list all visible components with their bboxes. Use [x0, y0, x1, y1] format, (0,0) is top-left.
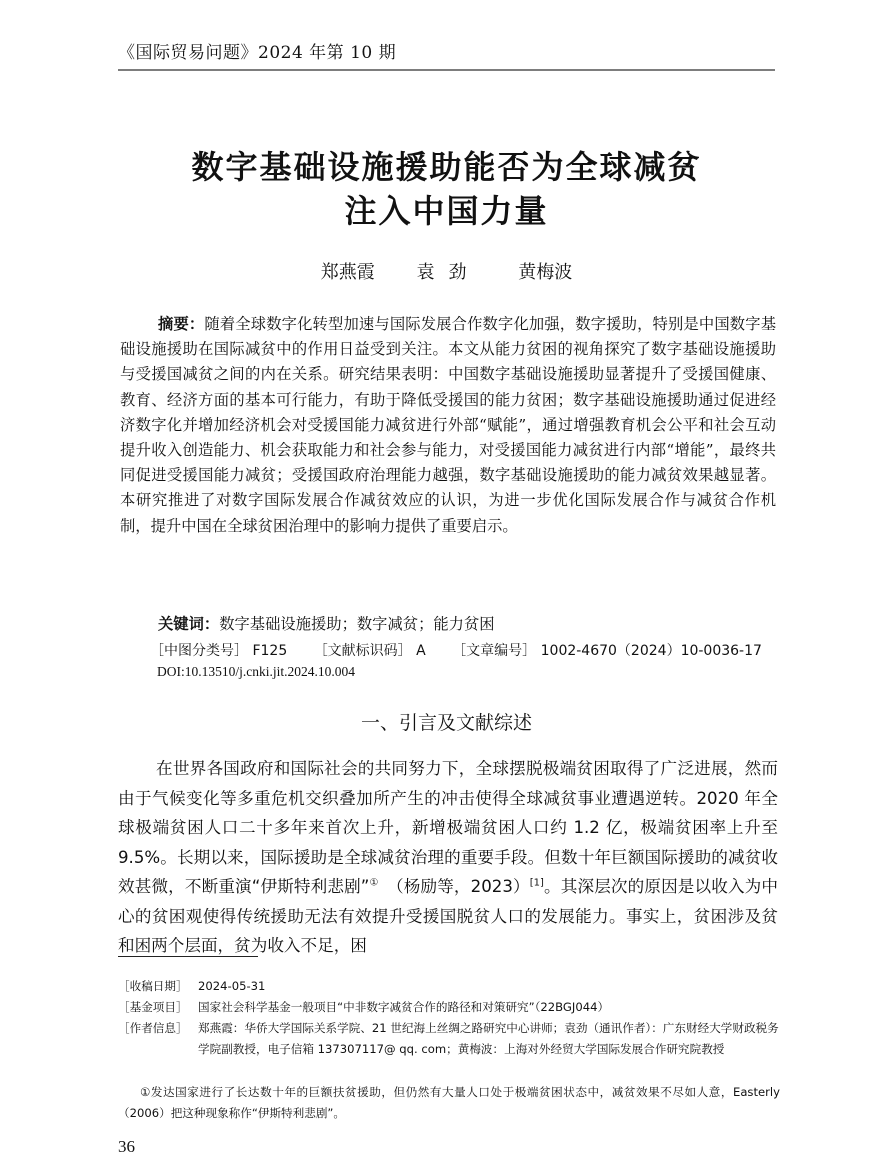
body-text-part: （杨励等，2023） — [379, 877, 530, 896]
author-name: 郑燕霞 — [321, 258, 375, 284]
citation-marker[interactable]: [1] — [530, 877, 544, 888]
section-heading: 一、引言及文献综述 — [100, 708, 793, 735]
body-paragraph: 在世界各国政府和国际社会的共同努力下，全球摆脱极端贫困取得了广泛进展，然而由于气… — [118, 754, 778, 961]
article-number-value: 1002-4670（2024）10-0036-17 — [541, 643, 762, 659]
article-title-line-2: 注入中国力量 — [100, 186, 793, 232]
author-info-value: 郑燕霞：华侨大学国际关系学院、21 世纪海上丝绸之路研究中心讲师；袁劲（通讯作者… — [198, 1018, 780, 1060]
author-info-label: ［作者信息］ — [118, 1018, 198, 1060]
author-list: 郑燕霞 袁劲 黄梅波 — [100, 258, 793, 284]
clc-label: ［中图分类号］ — [150, 643, 248, 659]
article-number-label: ［文章编号］ — [452, 643, 536, 659]
received-date-value: 2024-05-31 — [198, 976, 780, 997]
page-number: 36 — [118, 1137, 135, 1157]
article-metadata: ［收稿日期］ 2024-05-31 ［基金项目］ 国家社会科学基金一般项目“中非… — [118, 976, 780, 1060]
footnote-rule — [118, 956, 258, 957]
received-date-row: ［收稿日期］ 2024-05-31 — [118, 976, 780, 997]
doc-code-value: A — [416, 643, 426, 659]
fund-value: 国家社会科学基金一般项目“中非数字减贫合作的路径和对策研究”（22BGJ044） — [198, 997, 780, 1018]
author-info-row: ［作者信息］ 郑燕霞：华侨大学国际关系学院、21 世纪海上丝绸之路研究中心讲师；… — [118, 1018, 780, 1060]
abstract-label: 摘要： — [158, 315, 204, 333]
article-title-line-1: 数字基础设施援助能否为全球减贫 — [100, 142, 793, 188]
doc-code-label: ［文献标识码］ — [314, 643, 412, 659]
clc-value: F125 — [252, 643, 287, 659]
doi: DOI:10.13510/j.cnki.jit.2024.10.004 — [157, 664, 355, 680]
keywords-text: 数字基础设施援助；数字减贫；能力贫困 — [219, 615, 494, 633]
classification-line: ［中图分类号］ F125 ［文献标识码］ A ［文章编号］ 1002-4670（… — [150, 640, 784, 660]
received-date-label: ［收稿日期］ — [118, 976, 198, 997]
fund-label: ［基金项目］ — [118, 997, 198, 1018]
abstract-text: 随着全球数字化转型加速与国际发展合作数字化加强，数字援助，特别是中国数字基础设施… — [120, 315, 776, 535]
header-rule — [118, 69, 775, 71]
keywords: 关键词：数字基础设施援助；数字减贫；能力贫困 — [158, 612, 495, 634]
footnote: ①发达国家进行了长达数十年的巨额扶贫援助，但仍然有大量人口处于极端贫困状态中，减… — [118, 1082, 780, 1124]
body-text-part: 在世界各国政府和国际社会的共同努力下，全球摆脱极端贫困取得了广泛进展，然而由于气… — [118, 759, 778, 896]
author-name: 袁劲 — [417, 258, 481, 284]
running-head: 《国际贸易问题》2024 年第 10 期 — [118, 38, 396, 63]
keywords-label: 关键词： — [158, 615, 219, 633]
author-name: 黄梅波 — [518, 258, 572, 284]
fund-row: ［基金项目］ 国家社会科学基金一般项目“中非数字减贫合作的路径和对策研究”（22… — [118, 997, 780, 1018]
abstract: 摘要：随着全球数字化转型加速与国际发展合作数字化加强，数字援助，特别是中国数字基… — [120, 312, 776, 539]
footnote-marker[interactable]: ① — [369, 877, 378, 888]
